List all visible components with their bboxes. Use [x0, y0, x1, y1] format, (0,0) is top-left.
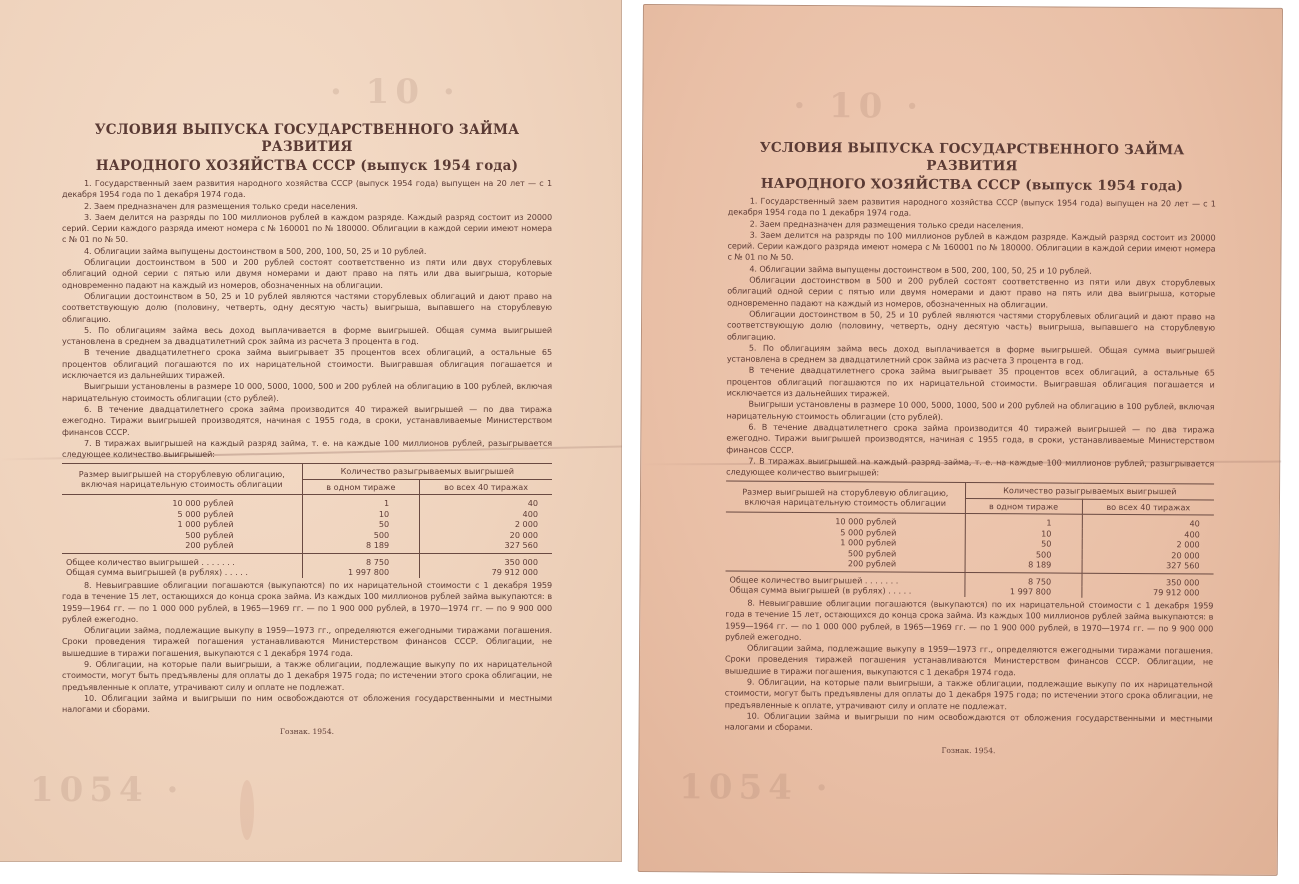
- one-draw-cell: 10: [302, 509, 420, 520]
- all-draws-cell: 2 000: [420, 519, 552, 530]
- condition-paragraph: В течение двадцатилетнего срока займа вы…: [62, 347, 552, 381]
- condition-paragraph: 4. Облигации займа выпущены достоинством…: [62, 246, 552, 257]
- condition-paragraph: 9. Облигации, на которые пали выигрыши, …: [725, 677, 1213, 714]
- condition-paragraph: 8. Невыигравшие облигации погашаются (вы…: [62, 580, 552, 625]
- one-draw-cell: 500: [965, 549, 1082, 560]
- one-draw-cell: 1: [302, 495, 420, 509]
- one-draw-cell: 50: [302, 519, 420, 530]
- win-size-cell: 10 000 рублей: [62, 495, 302, 509]
- total-label-cell: Общая сумма выигрышей (в рублях) . . . .…: [725, 585, 964, 597]
- total-label-cell: Общее количество выигрышей . . . . . . .: [725, 571, 964, 586]
- condition-paragraph: Выигрыши установлены в размере 10 000, 5…: [726, 399, 1214, 425]
- condition-paragraph: 3. Заем делится на разряды по 100 миллио…: [62, 212, 552, 246]
- condition-paragraph: Облигации достоинством в 500 и 200 рубле…: [727, 275, 1215, 312]
- one-draw-cell: 1 997 800: [964, 586, 1081, 597]
- table-row: 200 рублей8 189327 560: [62, 540, 552, 553]
- all-draws-cell: 327 560: [1082, 560, 1214, 574]
- faded-stamp-top: · 10 ·: [330, 72, 461, 112]
- bond-conditions-text: УСЛОВИЯ ВЫПУСКА ГОСУДАРСТВЕННОГО ЗАЙМА Р…: [62, 122, 552, 736]
- condition-paragraph: 7. В тиражах выигрышей на каждый разряд …: [62, 438, 552, 461]
- all-draws-cell: 350 000: [420, 553, 552, 567]
- one-draw-cell: 8 750: [302, 553, 420, 567]
- all-draws-cell: 20 000: [420, 530, 552, 541]
- document-title-line-2: НАРОДНОГО ХОЗЯЙСТВА СССР (выпуск 1954 го…: [62, 158, 552, 175]
- condition-paragraph: 3. Заем делится на разряды по 100 миллио…: [727, 229, 1215, 266]
- bond-back-page-left: · 10 · 1054 · УСЛОВИЯ ВЫПУСКА ГОСУДАРСТВ…: [0, 0, 622, 862]
- all-draws-cell: 79 912 000: [1082, 587, 1214, 598]
- condition-paragraph: Выигрыши установлены в размере 10 000, 5…: [62, 381, 552, 404]
- one-draw-cell: 8 189: [965, 559, 1082, 573]
- faded-stamp-top: · 10 ·: [793, 86, 924, 127]
- total-label-cell: Общее количество выигрышей . . . . . . .: [62, 553, 302, 567]
- faded-stamp-bottom: 1054 ·: [30, 770, 184, 810]
- table-row: 1 000 рублей502 000: [62, 519, 552, 530]
- win-size-cell: 200 рублей: [62, 540, 302, 553]
- one-draw-cell: 1 997 800: [302, 567, 420, 578]
- header-one-draw: в одном тираже: [965, 498, 1082, 514]
- condition-paragraph: Облигации достоинством в 50, 25 и 10 руб…: [727, 308, 1215, 345]
- condition-paragraph: 10. Облигации займа и выигрыши по ним ос…: [62, 693, 552, 716]
- table-total-row: Общее количество выигрышей . . . . . . .…: [62, 553, 552, 567]
- one-draw-cell: 8 750: [965, 572, 1082, 587]
- win-size-cell: 10 000 рублей: [726, 512, 965, 527]
- one-draw-cell: 1: [965, 514, 1082, 529]
- one-draw-cell: 8 189: [302, 540, 420, 553]
- condition-paragraph: 5. По облигациям займа весь доход выплач…: [727, 342, 1215, 368]
- total-label-cell: Общая сумма выигрышей (в рублях) . . . .…: [62, 567, 302, 578]
- header-win-count: Количество разыгрываемых выигрышей: [302, 464, 552, 480]
- condition-paragraph: 9. Облигации, на которые пали выигрыши, …: [62, 659, 552, 693]
- document-title-line-1: УСЛОВИЯ ВЫПУСКА ГОСУДАРСТВЕННОГО ЗАЙМА Р…: [728, 140, 1216, 177]
- condition-paragraph: Облигации займа, подлежащие выкупу в 195…: [725, 643, 1213, 680]
- win-size-cell: 1 000 рублей: [62, 519, 302, 530]
- all-draws-cell: 327 560: [420, 540, 552, 553]
- conditions-paragraphs-1-7: 1. Государственный заем развития народно…: [62, 178, 552, 460]
- header-all-draws: во всех 40 тиражах: [420, 479, 552, 495]
- conditions-paragraphs-1-7: 1. Государственный заем развития народно…: [726, 196, 1216, 481]
- one-draw-cell: 500: [302, 530, 420, 541]
- document-title-line-1: УСЛОВИЯ ВЫПУСКА ГОСУДАРСТВЕННОГО ЗАЙМА Р…: [62, 122, 552, 156]
- header-win-size: Размер выигрышей на сторублевую облигаци…: [62, 464, 302, 495]
- all-draws-cell: 40: [420, 495, 552, 509]
- printer-imprint: Гознак. 1954.: [62, 727, 552, 736]
- header-win-size: Размер выигрышей на сторублевую облигаци…: [726, 481, 965, 513]
- condition-paragraph: 6. В течение двадцатилетнего срока займа…: [726, 421, 1214, 458]
- all-draws-cell: 400: [420, 509, 552, 520]
- table-row: 5 000 рублей10400: [62, 509, 552, 520]
- bond-conditions-text: УСЛОВИЯ ВЫПУСКА ГОСУДАРСТВЕННОГО ЗАЙМА Р…: [724, 140, 1216, 757]
- win-size-cell: 500 рублей: [62, 530, 302, 541]
- paper-stain: [240, 780, 254, 840]
- document-title-line-2: НАРОДНОГО ХОЗЯЙСТВА СССР (выпуск 1954 го…: [728, 176, 1216, 196]
- winnings-table: Размер выигрышей на сторублевую облигаци…: [62, 463, 552, 578]
- condition-paragraph: В течение двадцатилетнего срока займа вы…: [727, 365, 1215, 402]
- condition-paragraph: 2. Заем предназначен для размещения толь…: [62, 201, 552, 212]
- header-win-count: Количество разыгрываемых выигрышей: [965, 483, 1214, 500]
- condition-paragraph: 6. В течение двадцатилетнего срока займа…: [62, 404, 552, 438]
- all-draws-cell: 79 912 000: [420, 567, 552, 578]
- condition-paragraph: 1. Государственный заем развития народно…: [728, 196, 1216, 222]
- table-total-row: Общая сумма выигрышей (в рублях) . . . .…: [725, 585, 1213, 598]
- table-total-row: Общая сумма выигрышей (в рублях) . . . .…: [62, 567, 552, 578]
- printer-imprint: Гознак. 1954.: [724, 745, 1212, 757]
- condition-paragraph: 8. Невыигравшие облигации погашаются (вы…: [725, 597, 1213, 645]
- one-draw-cell: 10: [965, 528, 1082, 539]
- header-all-draws: во всех 40 тиражах: [1082, 499, 1214, 515]
- bond-back-page-right: · 10 · 1054 · УСЛОВИЯ ВЫПУСКА ГОСУДАРСТВ…: [638, 4, 1283, 876]
- winnings-table: Размер выигрышей на сторублевую облигаци…: [725, 481, 1214, 598]
- faded-stamp-bottom: 1054 ·: [679, 767, 834, 808]
- condition-paragraph: 5. По облигациям займа весь доход выплач…: [62, 325, 552, 348]
- all-draws-cell: 40: [1082, 515, 1214, 530]
- conditions-paragraphs-8-10: 8. Невыигравшие облигации погашаются (вы…: [725, 597, 1214, 736]
- all-draws-cell: 350 000: [1082, 573, 1214, 588]
- all-draws-cell: 20 000: [1082, 550, 1214, 561]
- condition-paragraph: 7. В тиражах выигрышей на каждый разряд …: [726, 455, 1214, 481]
- header-one-draw: в одном тираже: [302, 479, 420, 495]
- condition-paragraph: 1. Государственный заем развития народно…: [62, 178, 552, 201]
- condition-paragraph: Облигации достоинством в 500 и 200 рубле…: [62, 257, 552, 291]
- table-row: 500 рублей50020 000: [62, 530, 552, 541]
- condition-paragraph: Облигации займа, подлежащие выкупу в 195…: [62, 625, 552, 659]
- win-size-cell: 5 000 рублей: [62, 509, 302, 520]
- conditions-paragraphs-8-10: 8. Невыигравшие облигации погашаются (вы…: [62, 580, 552, 716]
- table-row: 10 000 рублей140: [62, 495, 552, 509]
- condition-paragraph: 10. Облигации займа и выигрыши по ним ос…: [725, 710, 1213, 736]
- all-draws-cell: 400: [1082, 529, 1214, 540]
- condition-paragraph: Облигации достоинством в 50, 25 и 10 руб…: [62, 291, 552, 325]
- all-draws-cell: 2 000: [1082, 539, 1214, 550]
- one-draw-cell: 50: [965, 538, 1082, 549]
